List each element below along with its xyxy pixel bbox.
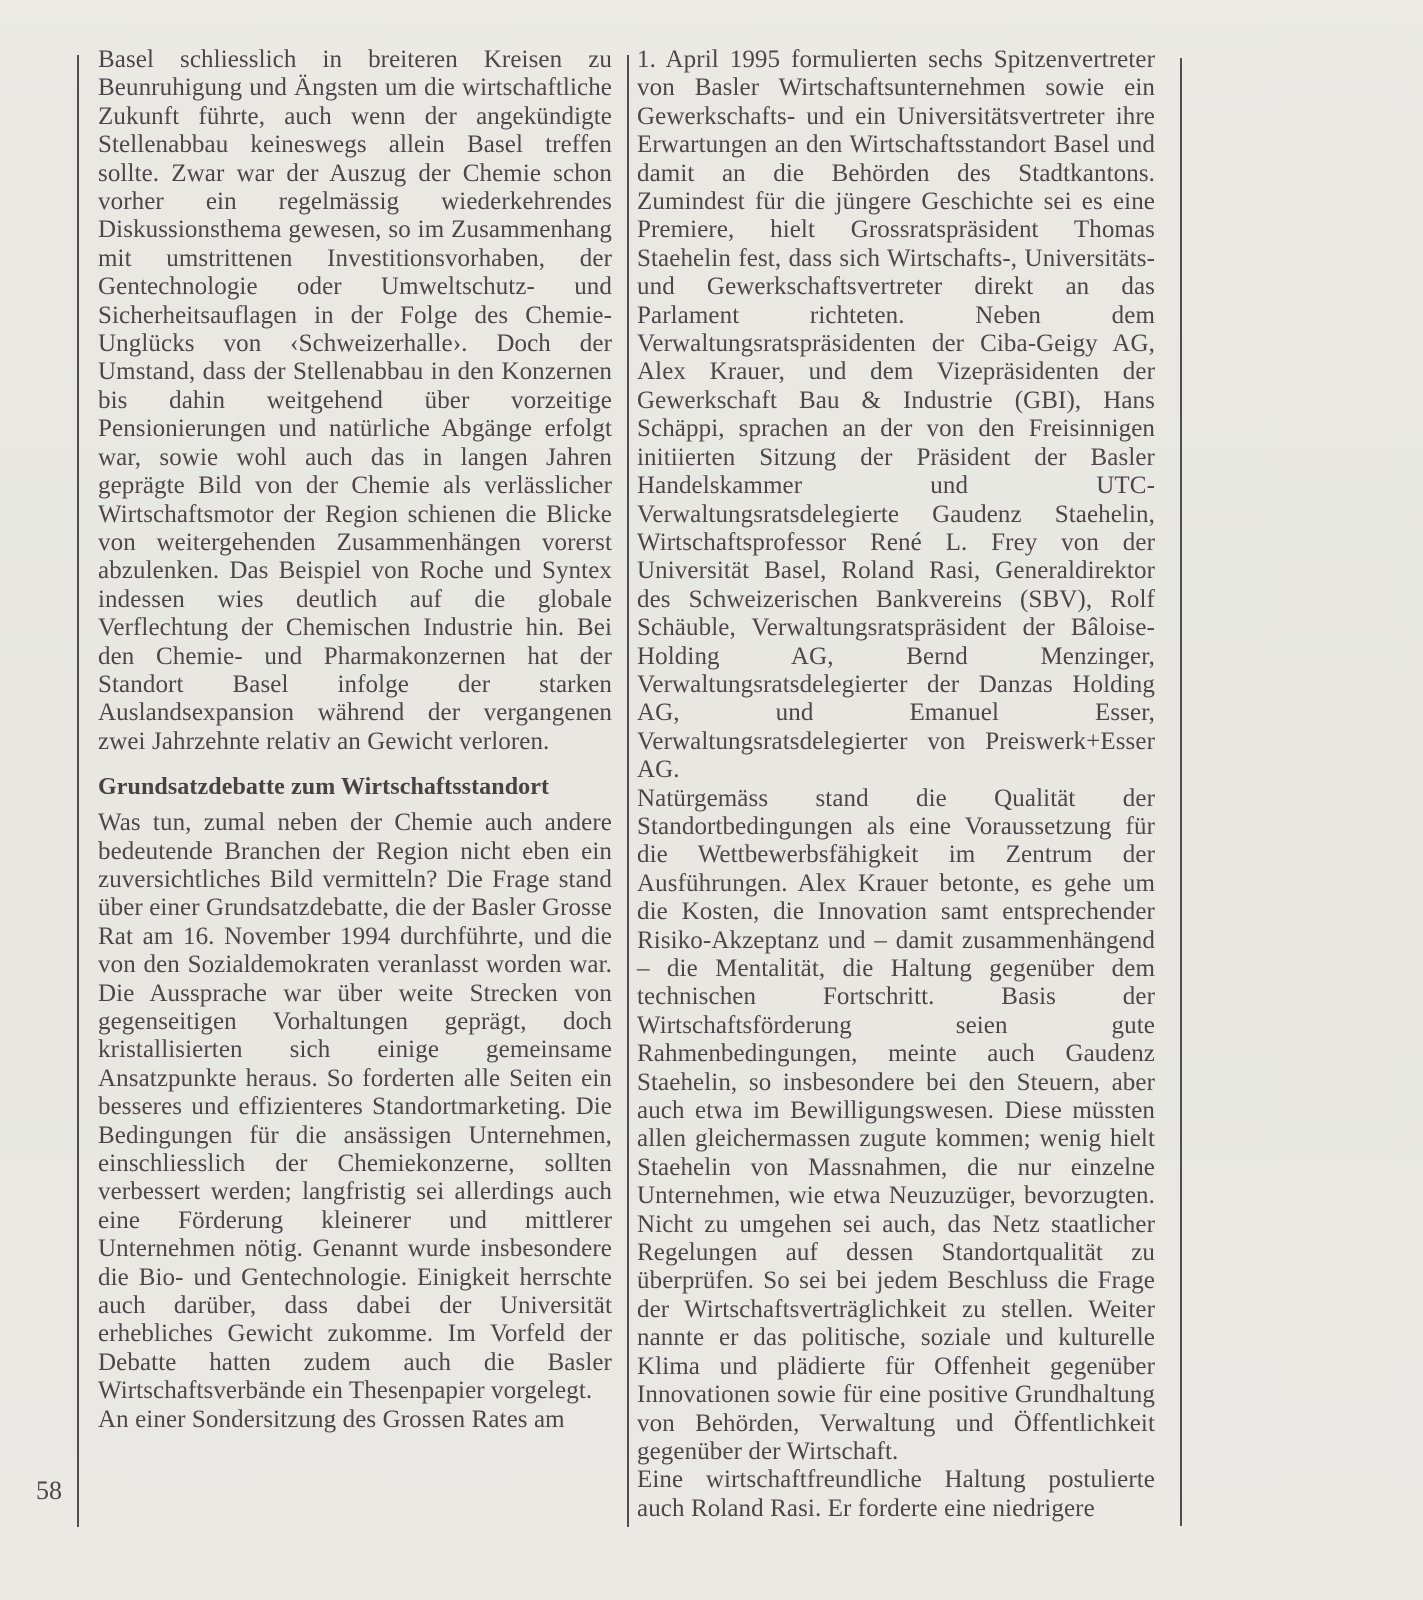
body-paragraph: Eine wirtschaftfreundliche Haltung postu… (637, 1466, 1155, 1523)
right-text-column: 1. April 1995 formulierten sechs Spitzen… (637, 46, 1155, 1523)
body-paragraph: Basel schliesslich in breiteren Kreisen … (98, 46, 612, 756)
left-text-column: Basel schliesslich in breiteren Kreisen … (98, 46, 612, 1434)
left-margin-rule (77, 55, 79, 1527)
body-paragraph: Was tun, zumal neben der Chemie auch and… (98, 809, 612, 1406)
body-paragraph: 1. April 1995 formulierten sechs Spitzen… (637, 46, 1155, 785)
body-paragraph: An einer Sondersitzung des Grossen Rates… (98, 1406, 612, 1434)
scanned-book-page: Basel schliesslich in breiteren Kreisen … (0, 0, 1423, 1600)
right-margin-rule (1180, 58, 1182, 1526)
column-divider-rule (627, 55, 629, 1527)
page-number: 58 (36, 1476, 62, 1506)
section-heading: Grundsatzdebatte zum Wirtschaftsstandort (98, 773, 612, 801)
body-paragraph: Natürgemäss stand die Qualität der Stand… (637, 785, 1155, 1467)
